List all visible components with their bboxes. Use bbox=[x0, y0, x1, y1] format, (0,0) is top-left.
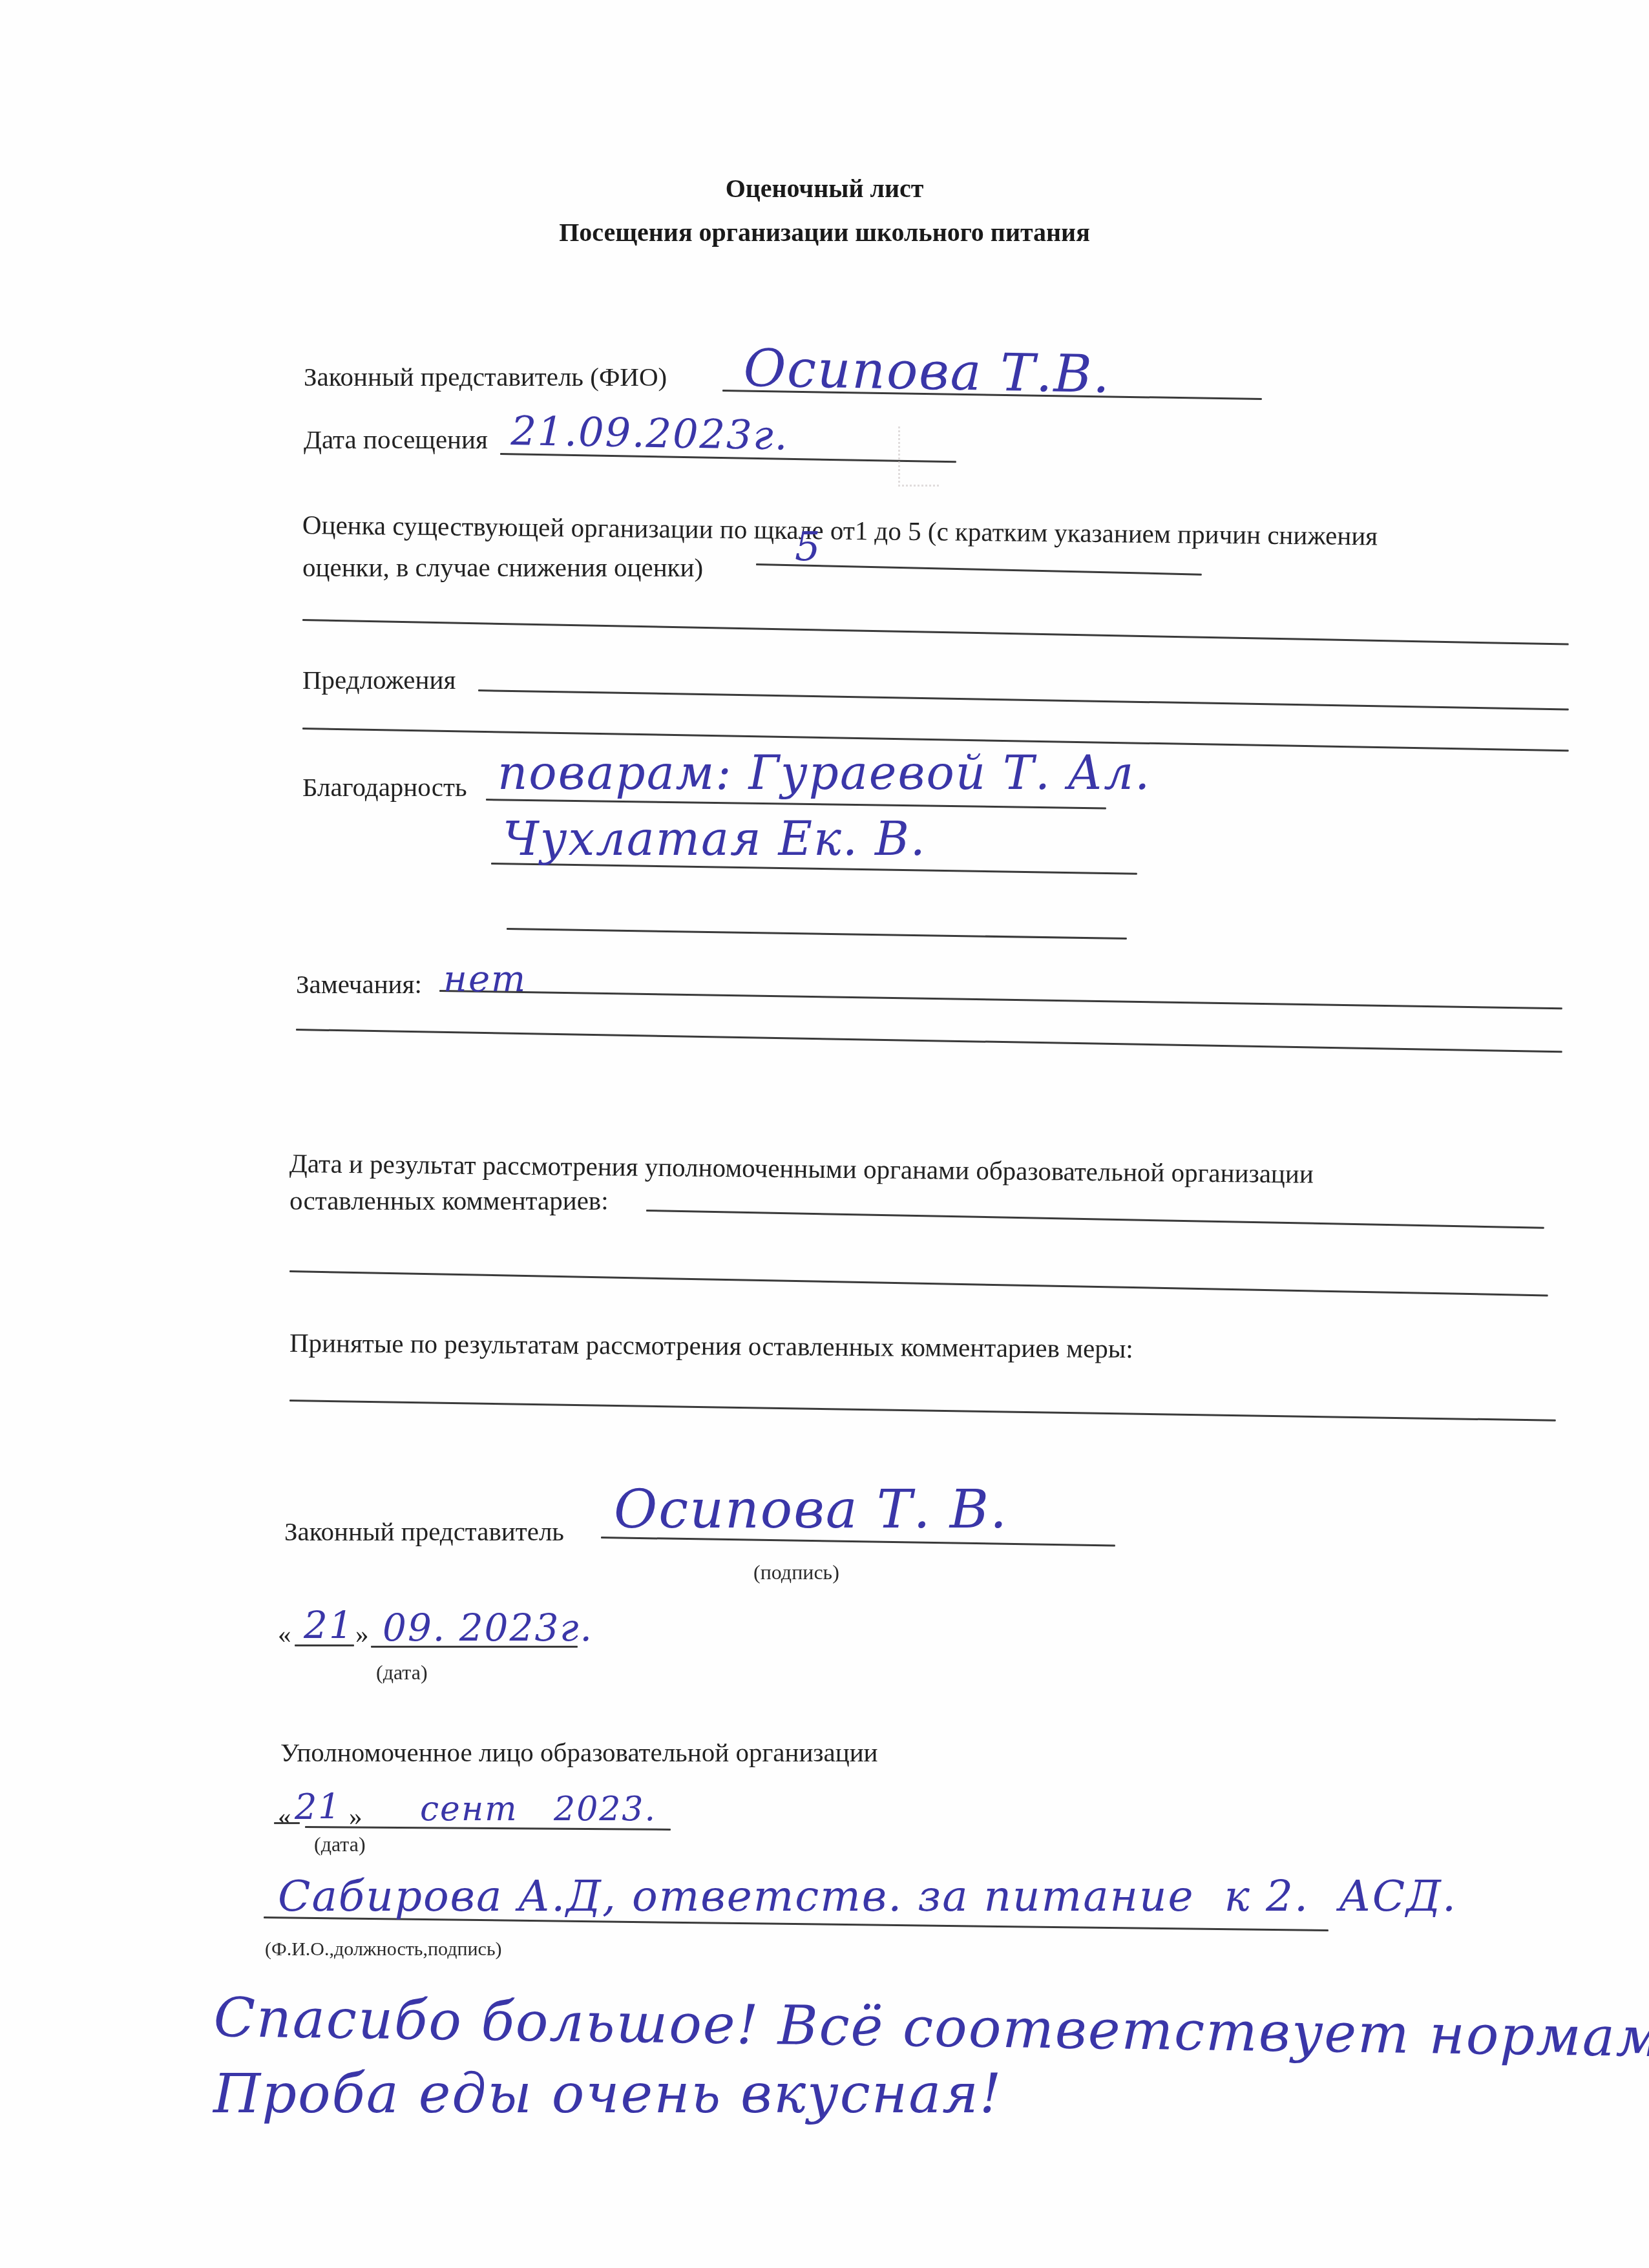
representative-date-day-line bbox=[295, 1644, 354, 1646]
review-result-label-line1: Дата и результат рассмотрения уполномоче… bbox=[289, 1150, 1314, 1188]
gratitude-value-line2[interactable]: Чухлатая Ек. В. bbox=[503, 815, 927, 862]
gratitude-line3[interactable] bbox=[507, 928, 1127, 940]
visit-date-value[interactable]: 21.09.2023г. bbox=[510, 411, 789, 456]
remarks-line1 bbox=[439, 990, 1562, 1009]
representative-signature-value[interactable]: Осипова Т. В. bbox=[614, 1484, 1008, 1537]
rating-label-line1: Оценка существующей организации по щкале… bbox=[302, 512, 1378, 549]
rating-extra-line bbox=[302, 619, 1569, 646]
representative-date-line bbox=[371, 1646, 578, 1648]
suggestions-line1[interactable] bbox=[478, 689, 1569, 710]
gratitude-line1 bbox=[486, 799, 1106, 809]
authorized-date-rest[interactable]: сент 2023. bbox=[420, 1792, 656, 1826]
authorized-date-close-quote: » bbox=[349, 1803, 362, 1829]
representative-date-day[interactable]: 21 bbox=[304, 1606, 354, 1644]
gratitude-value-line1[interactable]: поварам: Гураевой Т. Ал. bbox=[498, 750, 1151, 796]
representative-date-open-quote: « bbox=[278, 1621, 291, 1647]
suggestions-label: Предложения bbox=[302, 667, 456, 693]
document-title: Оценочный лист bbox=[0, 173, 1649, 204]
visit-date-label: Дата посещения bbox=[304, 426, 488, 453]
measures-taken-label: Принятые по результатам рассмотрения ост… bbox=[289, 1330, 1133, 1362]
authorized-date-day[interactable]: 21 bbox=[295, 1790, 342, 1825]
representative-date-rest[interactable]: 09. 2023г. bbox=[383, 1609, 593, 1646]
representative-date-close-quote: » bbox=[355, 1621, 369, 1647]
authorized-date-caption: (дата) bbox=[314, 1832, 366, 1856]
gratitude-label: Благодарность bbox=[302, 774, 467, 801]
handwritten-note-line1: Спасибо большое! Всё соответствует норма… bbox=[213, 1990, 1649, 2066]
scan-smudge bbox=[898, 426, 939, 487]
authorized-signature-caption: (Ф.И.О.,должность,подпись) bbox=[265, 1938, 502, 1960]
representative-fio-value[interactable]: Осипова Т.В. bbox=[743, 342, 1111, 401]
representative-fio-label: Законный представитель (ФИО) bbox=[304, 364, 667, 390]
remarks-line2[interactable] bbox=[296, 1029, 1562, 1053]
review-result-line2[interactable] bbox=[289, 1270, 1548, 1296]
authorized-person-label: Уполномоченное лицо образовательной орга… bbox=[280, 1739, 878, 1766]
authorized-date-day-line bbox=[274, 1822, 300, 1824]
review-result-line1[interactable] bbox=[646, 1210, 1544, 1229]
review-result-label-line2: оставленных комментариев: bbox=[289, 1188, 609, 1214]
rating-line bbox=[756, 563, 1202, 576]
representative-signature-label: Законный представитель bbox=[284, 1518, 564, 1545]
remarks-value[interactable]: нет bbox=[443, 961, 527, 998]
representative-date-caption: (дата) bbox=[376, 1661, 428, 1685]
representative-signature-caption: (подпись) bbox=[753, 1560, 839, 1584]
authorized-date-open-quote: « bbox=[278, 1803, 291, 1829]
rating-label-line2: оценки, в случае снижения оценки) bbox=[302, 554, 703, 581]
authorized-signature-value[interactable]: Сабирова А.Д, ответств. за питание к 2. … bbox=[278, 1875, 1457, 1918]
measures-taken-line[interactable] bbox=[289, 1400, 1556, 1422]
rating-value[interactable]: 5 bbox=[795, 527, 821, 567]
remarks-label: Замечания: bbox=[296, 971, 422, 998]
document-subtitle: Посещения организации школьного питания bbox=[0, 217, 1649, 247]
evaluation-sheet-page: Оценочный лист Посещения организации шко… bbox=[0, 0, 1649, 2268]
handwritten-note-line2: Проба еды очень вкусная! bbox=[213, 2066, 1003, 2121]
